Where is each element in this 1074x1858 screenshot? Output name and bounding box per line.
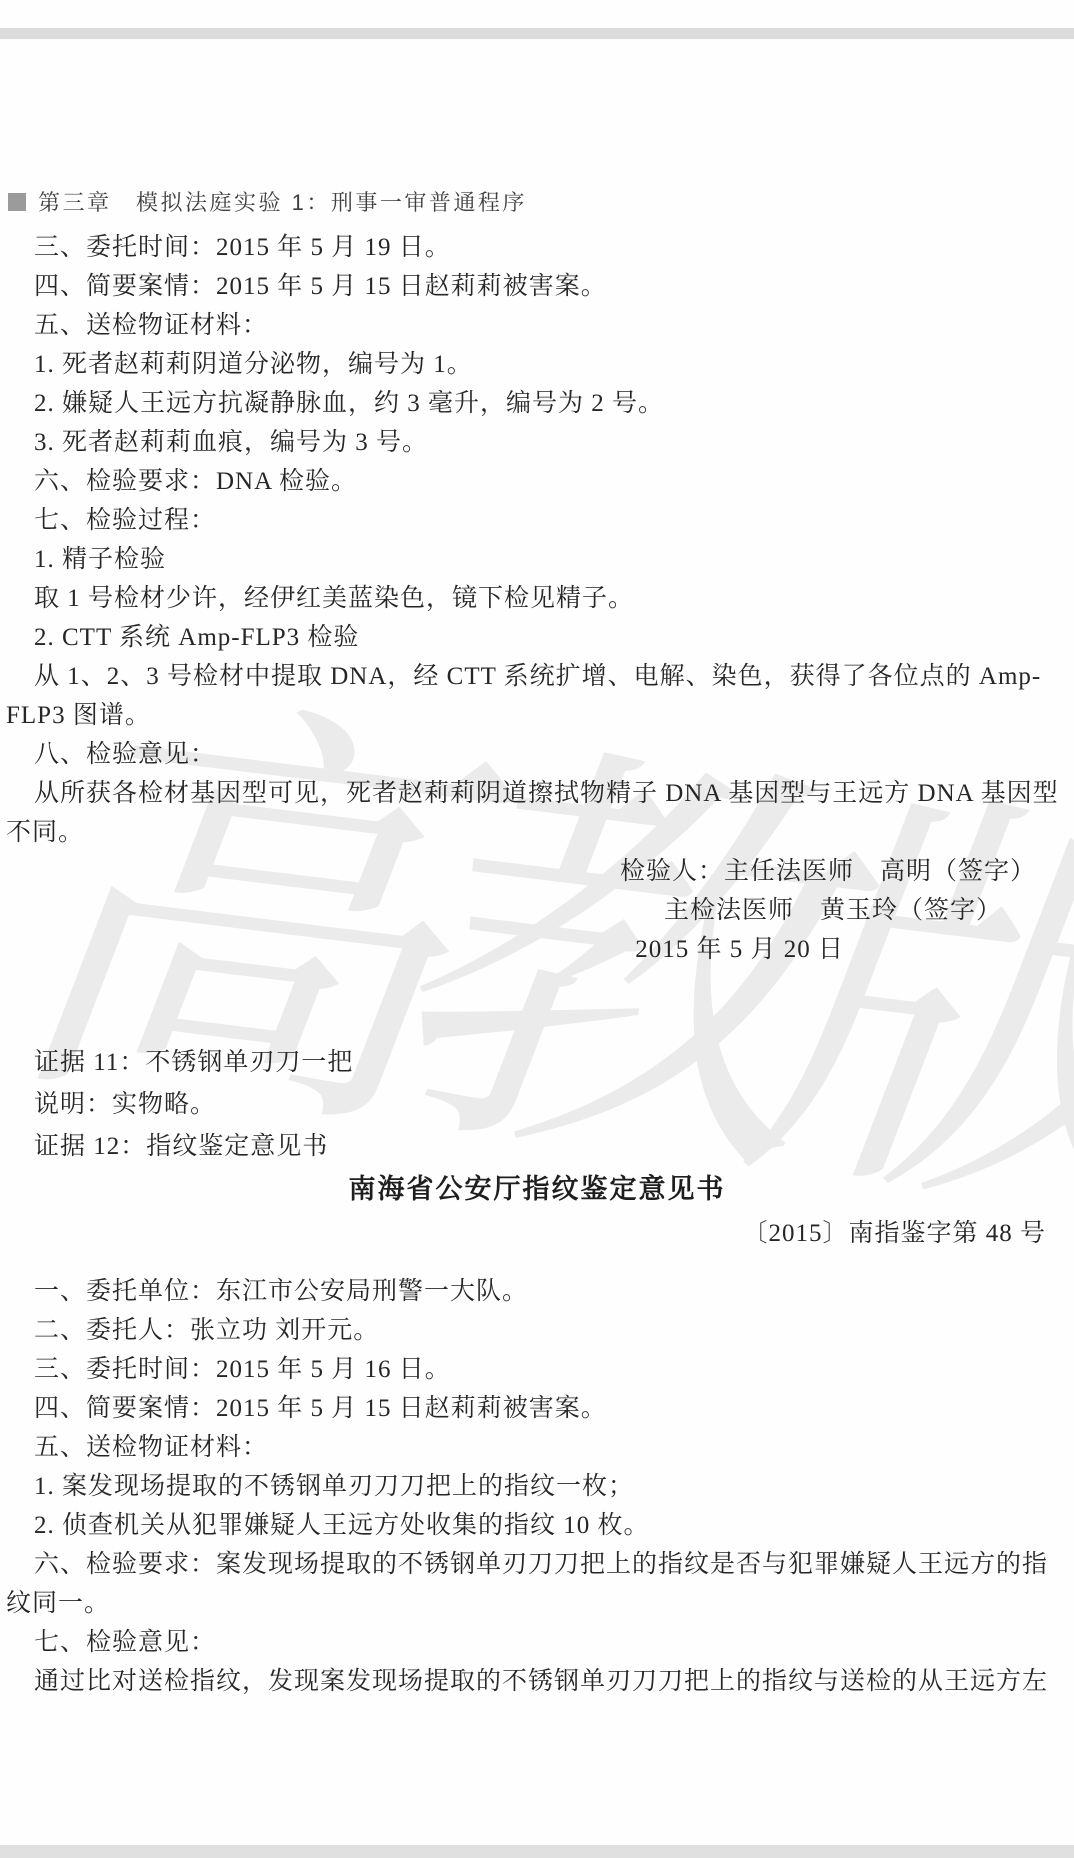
text-line: 五、送检物证材料： [0,1428,1074,1467]
text-line: 三、委托时间：2015 年 5 月 19 日。 [0,228,1074,267]
text-line: 从所获各检材基因型可见，死者赵莉莉阴道擦拭物精子 DNA 基因型与王远方 DNA… [0,774,1074,813]
bottom-divider [0,1845,1074,1858]
chapter-square-icon [8,193,26,211]
text-line: 从 1、2、3 号检材中提取 DNA，经 CTT 系统扩增、电解、染色，获得了各… [0,657,1074,696]
text-line: 纹同一。 [0,1584,1074,1623]
book-page: 高教版 第三章 模拟法庭实验 1：刑事一审普通程序 三、委托时间：2015 年 … [0,0,1074,1858]
examiner-signature-line: 检验人：主任法医师 高明（签字） [0,852,1074,891]
text-line: 六、检验要求：DNA 检验。 [0,462,1074,501]
top-divider [0,28,1074,39]
text-line: 2. 嫌疑人王远方抗凝静脉血，约 3 毫升，编号为 2 号。 [0,384,1074,423]
text-line: 说明：实物略。 [0,1084,1074,1126]
text-line: 四、简要案情：2015 年 5 月 15 日赵莉莉被害案。 [0,1389,1074,1428]
chapter-title: 第三章 模拟法庭实验 1：刑事一审普通程序 [38,186,527,217]
text-line: 证据 11：不锈钢单刃刀一把 [0,1042,1074,1084]
text-line: 不同。 [0,813,1074,852]
text-line: 二、委托人：张立功 刘开元。 [0,1311,1074,1350]
text-line: 五、送检物证材料： [0,306,1074,345]
text-line: 七、检验意见： [0,1623,1074,1662]
text-line: 三、委托时间：2015 年 5 月 16 日。 [0,1350,1074,1389]
text-line: 3. 死者赵莉莉血痕，编号为 3 号。 [0,423,1074,462]
document-title: 南海省公安厅指纹鉴定意见书 [0,1168,1074,1210]
fingerprint-report-body: 一、委托单位：东江市公安局刑警一大队。 二、委托人：张立功 刘开元。 三、委托时… [0,1272,1074,1701]
report-date-line: 2015 年 5 月 20 日 [0,930,1074,969]
text-line: 证据 12：指纹鉴定意见书 [0,1126,1074,1168]
text-line: 一、委托单位：东江市公安局刑警一大队。 [0,1272,1074,1311]
text-line: 1. 死者赵莉莉阴道分泌物，编号为 1。 [0,345,1074,384]
text-line: FLP3 图谱。 [0,696,1074,735]
text-line: 六、检验要求：案发现场提取的不锈钢单刃刀刀把上的指纹是否与犯罪嫌疑人王远方的指 [0,1545,1074,1584]
text-line: 2. CTT 系统 Amp-FLP3 检验 [0,618,1074,657]
text-line: 通过比对送检指纹，发现案发现场提取的不锈钢单刃刀刀把上的指纹与送检的从王远方左 [0,1662,1074,1701]
chapter-header: 第三章 模拟法庭实验 1：刑事一审普通程序 [8,186,527,217]
text-line: 2. 侦查机关从犯罪嫌疑人王远方处收集的指纹 10 枚。 [0,1506,1074,1545]
text-line: 八、检验意见： [0,735,1074,774]
text-line: 取 1 号检材少许，经伊红美蓝染色，镜下检见精子。 [0,579,1074,618]
text-line: 1. 案发现场提取的不锈钢单刃刀刀把上的指纹一枚； [0,1467,1074,1506]
chief-examiner-signature-line: 主检法医师 黄玉玲（签字） [0,891,1074,930]
evidence-notes-section: 证据 11：不锈钢单刃刀一把 说明：实物略。 证据 12：指纹鉴定意见书 [0,1042,1074,1168]
fingerprint-report-section: 南海省公安厅指纹鉴定意见书 〔2015〕南指鉴字第 48 号 一、委托单位：东江… [0,1168,1074,1701]
text-line: 四、简要案情：2015 年 5 月 15 日赵莉莉被害案。 [0,267,1074,306]
text-line: 1. 精子检验 [0,540,1074,579]
text-line: 七、检验过程： [0,501,1074,540]
document-number: 〔2015〕南指鉴字第 48 号 [0,1214,1074,1254]
dna-report-section: 三、委托时间：2015 年 5 月 19 日。 四、简要案情：2015 年 5 … [0,228,1074,969]
